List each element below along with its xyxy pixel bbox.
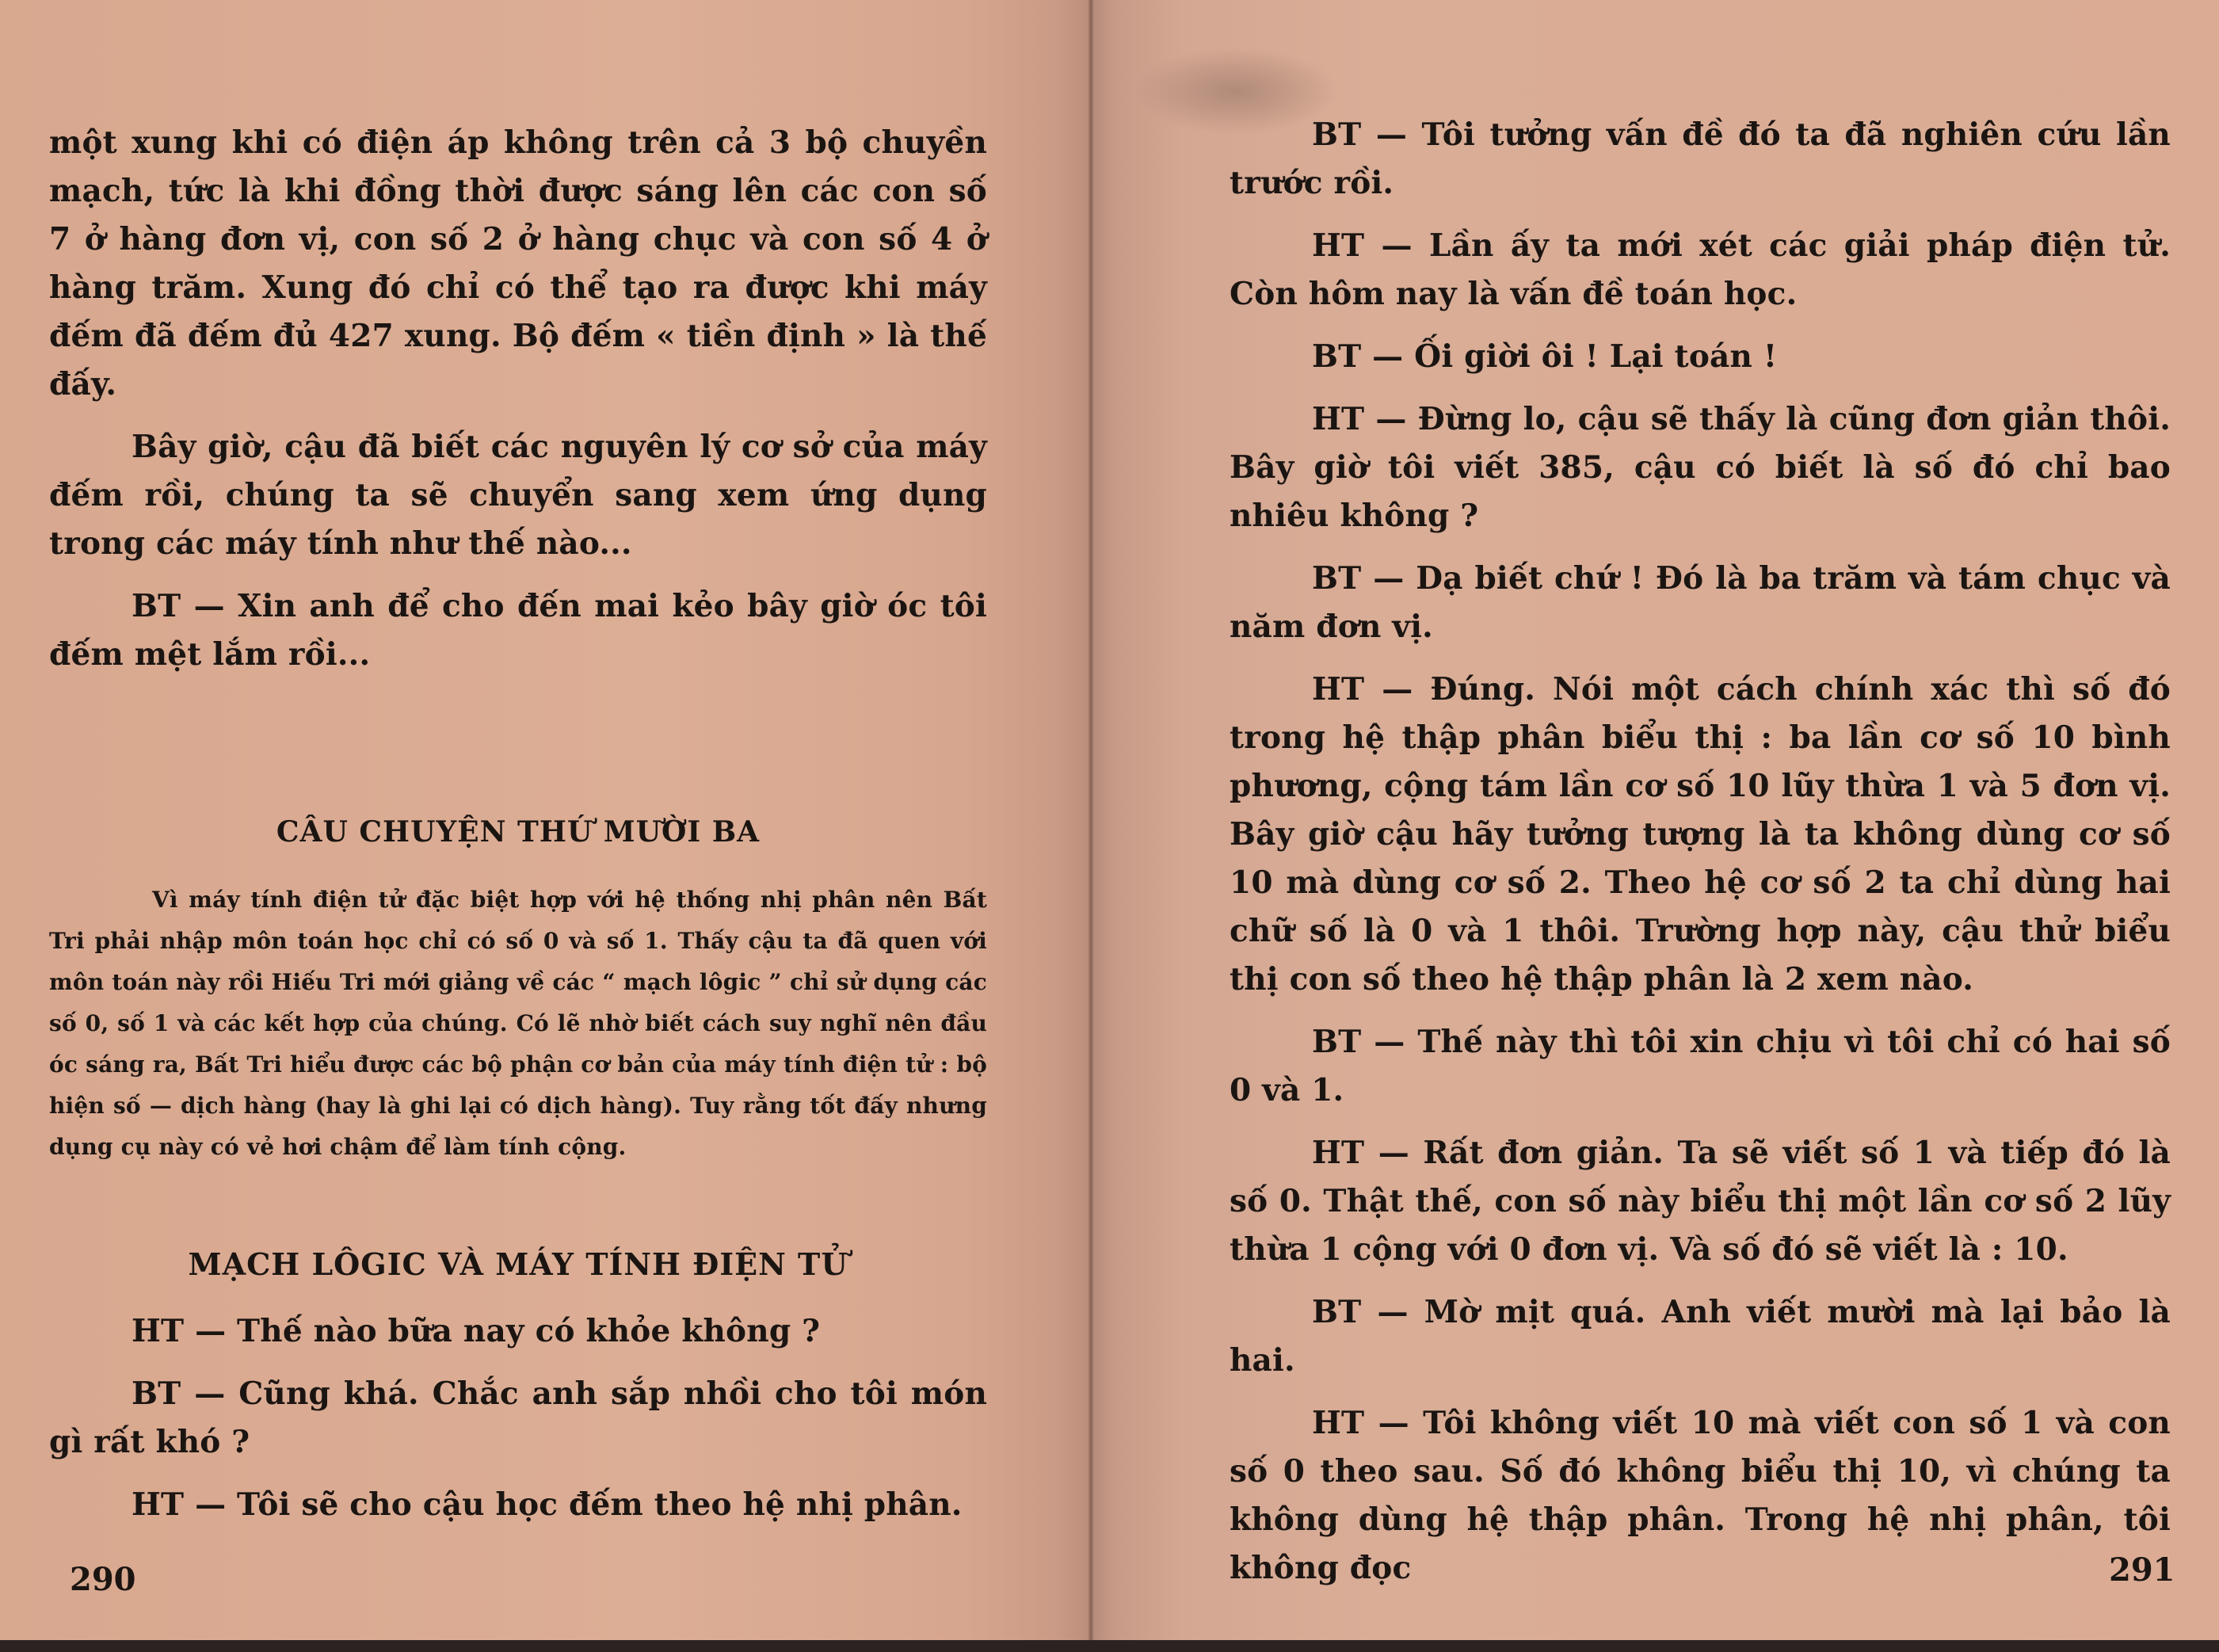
paragraph: Bây giờ, cậu đã biết các nguyên lý cơ sở…: [49, 423, 987, 568]
speaker-label: BT: [1312, 338, 1361, 375]
left-page-body: một xung khi có điện áp không trên cả 3 …: [49, 119, 987, 679]
dialogue-text: Xin anh để cho đến mai kẻo bây giờ óc tô…: [49, 588, 987, 673]
chapter-summary-block: Vì máy tính điện tử đặc biệt hợp với hệ …: [49, 879, 987, 1168]
speaker-label: HT: [1312, 671, 1364, 708]
dialogue-text: Thế này thì tôi xin chịu vì tôi chỉ có h…: [1230, 1024, 2171, 1108]
book-spine: [1088, 0, 1094, 1640]
scan-edge: [0, 1640, 2219, 1652]
dialogue-text: Rất đơn giản. Ta sẽ viết số 1 và tiếp đó…: [1230, 1135, 2171, 1268]
dash: —: [1382, 227, 1413, 264]
dash: —: [1377, 1294, 1408, 1330]
left-dialogue: HT — Thế nào bữa nay có khỏe không ? BT …: [49, 1307, 987, 1529]
dialogue-text: Tôi tưởng vấn đề đó ta đã nghiên cứu lần…: [1230, 116, 2171, 201]
dialogue-line: BT — Tôi tưởng vấn đề đó ta đã nghiên cứ…: [1230, 111, 2171, 208]
speaker-label: BT: [132, 588, 181, 624]
section-title: MẠCH LÔGIC VÀ MÁY TÍNH ĐIỆN TỬ: [49, 1240, 987, 1288]
speaker-label: BT: [1312, 1024, 1361, 1060]
dialogue-text: Đừng lo, cậu sẽ thấy là cũng đơn giản th…: [1230, 401, 2171, 534]
dialogue-text: Đúng. Nói một cách chính xác thì số đó t…: [1230, 671, 2171, 998]
speaker-label: HT: [1312, 1135, 1364, 1171]
speaker-label: BT: [132, 1375, 181, 1412]
dialogue-text: Mờ mịt quá. Anh viết mười mà lại bảo là …: [1230, 1294, 2171, 1379]
speaker-label: HT: [132, 1313, 184, 1349]
dash: —: [1378, 1135, 1409, 1171]
dialogue-line: HT — Lần ấy ta mới xét các giải pháp điệ…: [1230, 222, 2171, 319]
dialogue-line: BT — Mờ mịt quá. Anh viết mười mà lại bả…: [1230, 1288, 2171, 1385]
dialogue-line: BT — Cũng khá. Chắc anh sắp nhồi cho tôi…: [49, 1370, 987, 1467]
continued-paragraph: một xung khi có điện áp không trên cả 3 …: [49, 119, 987, 409]
book-spread: một xung khi có điện áp không trên cả 3 …: [0, 0, 2219, 1640]
dialogue-line: HT — Đừng lo, cậu sẽ thấy là cũng đơn gi…: [1230, 395, 2171, 540]
page-number-right: 291: [2109, 1551, 2175, 1589]
dialogue-text: Dạ biết chứ ! Đó là ba trăm và tám chục …: [1230, 560, 2171, 645]
dash: —: [195, 1313, 226, 1349]
dash: —: [194, 588, 225, 624]
chapter-summary: Vì máy tính điện tử đặc biệt hợp với hệ …: [49, 879, 987, 1168]
dialogue-text: Tôi không viết 10 mà viết con số 1 và co…: [1230, 1405, 2171, 1586]
speaker-label: BT: [1312, 560, 1361, 597]
right-page-body: BT — Tôi tưởng vấn đề đó ta đã nghiên cứ…: [1230, 111, 2171, 1593]
speaker-label: HT: [1312, 227, 1364, 264]
dialogue-line: BT — Dạ biết chứ ! Đó là ba trăm và tám …: [1230, 555, 2171, 651]
speaker-label: HT: [132, 1486, 184, 1523]
dash: —: [1378, 1405, 1409, 1441]
speaker-label: BT: [1312, 116, 1361, 153]
speaker-label: BT: [1312, 1294, 1361, 1330]
dialogue-line: BT — Xin anh để cho đến mai kẻo bây giờ …: [49, 582, 987, 679]
dash: —: [1373, 560, 1404, 597]
dash: —: [1376, 116, 1407, 153]
dialogue-line: HT — Rất đơn giản. Ta sẽ viết số 1 và ti…: [1230, 1129, 2171, 1274]
dialogue-text: Lần ấy ta mới xét các giải pháp điện tử.…: [1230, 227, 2171, 312]
dialogue-text: Cũng khá. Chắc anh sắp nhồi cho tôi món …: [49, 1375, 987, 1460]
speaker-label: HT: [1312, 1405, 1364, 1441]
dialogue-line: HT — Tôi sẽ cho cậu học đếm theo hệ nhị …: [49, 1481, 987, 1529]
dash: —: [1372, 338, 1403, 375]
dash: —: [194, 1375, 225, 1412]
dash: —: [1375, 401, 1406, 437]
dialogue-line: BT — Ối giời ôi ! Lại toán !: [1230, 333, 2171, 381]
dialogue-line: BT — Thế này thì tôi xin chịu vì tôi chỉ…: [1230, 1018, 2171, 1115]
dialogue-line: HT — Thế nào bữa nay có khỏe không ?: [49, 1307, 987, 1356]
speaker-label: HT: [1312, 401, 1364, 437]
dialogue-line: HT — Tôi không viết 10 mà viết con số 1 …: [1230, 1399, 2171, 1593]
dialogue-line: HT — Đúng. Nói một cách chính xác thì số…: [1230, 666, 2171, 1004]
dialogue-text: Ối giời ôi ! Lại toán !: [1414, 338, 1777, 375]
dialogue-text: Tôi sẽ cho cậu học đếm theo hệ nhị phân.: [237, 1486, 963, 1523]
dash: —: [1374, 1024, 1405, 1060]
chapter-title: CÂU CHUYỆN THỨ MƯỜI BA: [49, 808, 987, 857]
dialogue-text: Thế nào bữa nay có khỏe không ?: [237, 1313, 820, 1349]
dash: —: [195, 1486, 226, 1523]
dash: —: [1382, 671, 1413, 708]
page-number-left: 290: [70, 1561, 136, 1598]
